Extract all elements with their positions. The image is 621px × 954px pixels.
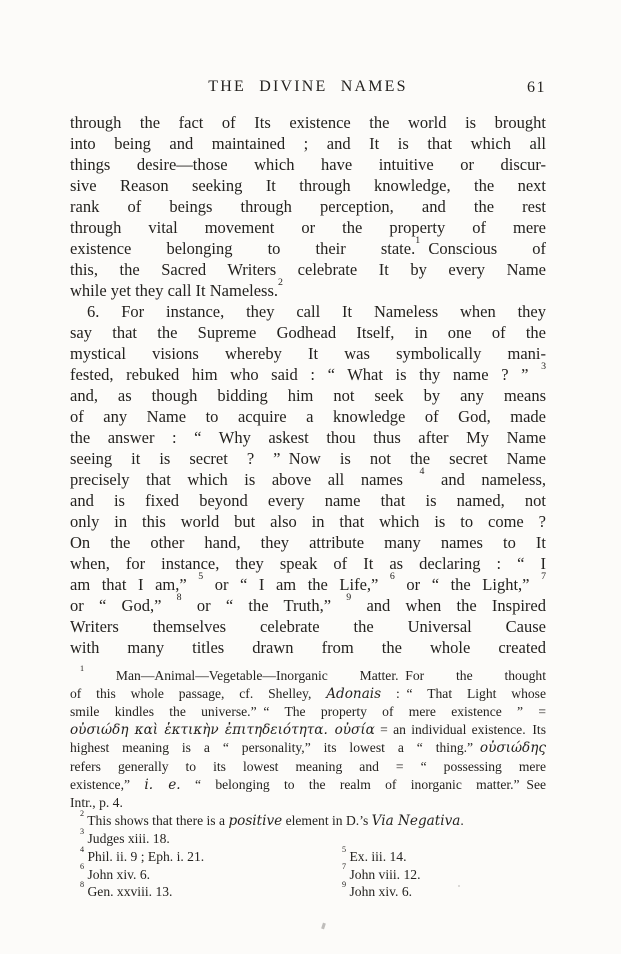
text-line: through the fact of Its existence the wo… <box>70 112 546 133</box>
footnote-line: Intr., p. 4. <box>70 794 546 812</box>
page-number: 61 <box>527 79 546 97</box>
text-line: and, as though bidding him not seek by a… <box>70 385 546 406</box>
paragraph: 6. For instance, they call It Nameless w… <box>70 301 546 658</box>
text-line: through vital movement or the property o… <box>70 217 546 238</box>
text-line: sive Reason seeking It through knowledge… <box>70 175 546 196</box>
footnote-ref: 5 Ex. iii. 14. <box>342 848 546 866</box>
paragraph: through the fact of Its existence the wo… <box>70 112 546 301</box>
text-line: fested, rebuked him who said : “ What is… <box>70 364 546 385</box>
footnote-ref: 7 John viii. 12. <box>342 866 546 884</box>
text-line: existence belonging to their state.1 Con… <box>70 238 546 259</box>
text-line: only in this world but also in that whic… <box>70 511 546 532</box>
text-line: Writers themselves celebrate the Univers… <box>70 616 546 637</box>
text-line: this, the Sacred Writers celebrate It by… <box>70 259 546 280</box>
footnote-line: existence,” i. e. “ belonging to the rea… <box>70 776 546 795</box>
footnote-ref: 8 Gen. xxviii. 13. <box>80 883 342 901</box>
text-line: things desire—those which have intuitive… <box>70 154 546 175</box>
footnote-line: smile kindles the universe.” “ The prope… <box>70 703 546 721</box>
text-line: while yet they call It Nameless.2 <box>70 280 546 301</box>
page-title: THE DIVINE NAMES <box>70 78 546 96</box>
text-line: of any Name to acquire a knowledge of Go… <box>70 406 546 427</box>
text-line: seeing it is secret ? ” Now is not the s… <box>70 448 546 469</box>
book-page-scan: THE DIVINE NAMES 61 through the fact of … <box>0 0 621 954</box>
footnote-line: of this whole passage, cf. Shelley, Adon… <box>70 685 546 704</box>
text-line: when, for instance, they speak of It as … <box>70 553 546 574</box>
text-line: say that the Supreme Godhead Itself, in … <box>70 322 546 343</box>
text-line: 6. For instance, they call It Nameless w… <box>70 301 546 322</box>
running-header: THE DIVINE NAMES 61 <box>70 78 546 98</box>
text-line: with many titles drawn from the whole cr… <box>70 637 546 658</box>
text-line: or “ God,” 8 or “ the Truth,” 9 and when… <box>70 595 546 616</box>
text-block: THE DIVINE NAMES 61 through the fact of … <box>70 78 546 901</box>
body-text: through the fact of Its existence the wo… <box>70 112 546 658</box>
text-line: the answer : “ Why askest thou thus afte… <box>70 427 546 448</box>
footnote-line: 1 Man—Animal—Vegetable—Inorganic Matter.… <box>70 667 546 685</box>
footnote-line: highest meaning is a “ personality,” its… <box>70 739 546 758</box>
footnote-ref-row: 8 Gen. xxviii. 13.9 John xiv. 6. <box>70 883 546 901</box>
scan-artifact <box>458 885 460 887</box>
footnote-line: refers generally to its lowest meaning a… <box>70 758 546 776</box>
footnote-line: 3 Judges xiii. 18. <box>70 830 546 848</box>
footnote-ref: 6 John xiv. 6. <box>80 866 342 884</box>
footnote-line: οὐσιώδη καὶ ἑκτικὴν ἐπιτηδειότητα. οὐσία… <box>70 721 546 740</box>
text-line: rank of beings through perception, and t… <box>70 196 546 217</box>
footnotes: 1 Man—Animal—Vegetable—Inorganic Matter.… <box>70 667 546 901</box>
footnote-ref-row: 4 Phil. ii. 9 ; Eph. i. 21.5 Ex. iii. 14… <box>70 848 546 866</box>
text-line: On the other hand, they attribute many n… <box>70 532 546 553</box>
footnote-ref-row: 6 John xiv. 6.7 John viii. 12. <box>70 866 546 884</box>
footnote-ref: 9 John xiv. 6. <box>342 883 546 901</box>
scan-artifact <box>321 923 326 930</box>
text-line: mystical visions whereby It was symbolic… <box>70 343 546 364</box>
text-line: am that I am,” 5 or “ I am the Life,” 6 … <box>70 574 546 595</box>
footnote-line: 2 This shows that there is a positive el… <box>70 812 546 831</box>
footnote-ref: 4 Phil. ii. 9 ; Eph. i. 21. <box>80 848 342 866</box>
text-line: into being and maintained ; and It is th… <box>70 133 546 154</box>
text-line: precisely that which is above all names … <box>70 469 546 490</box>
text-line: and is fixed beyond every name that is n… <box>70 490 546 511</box>
